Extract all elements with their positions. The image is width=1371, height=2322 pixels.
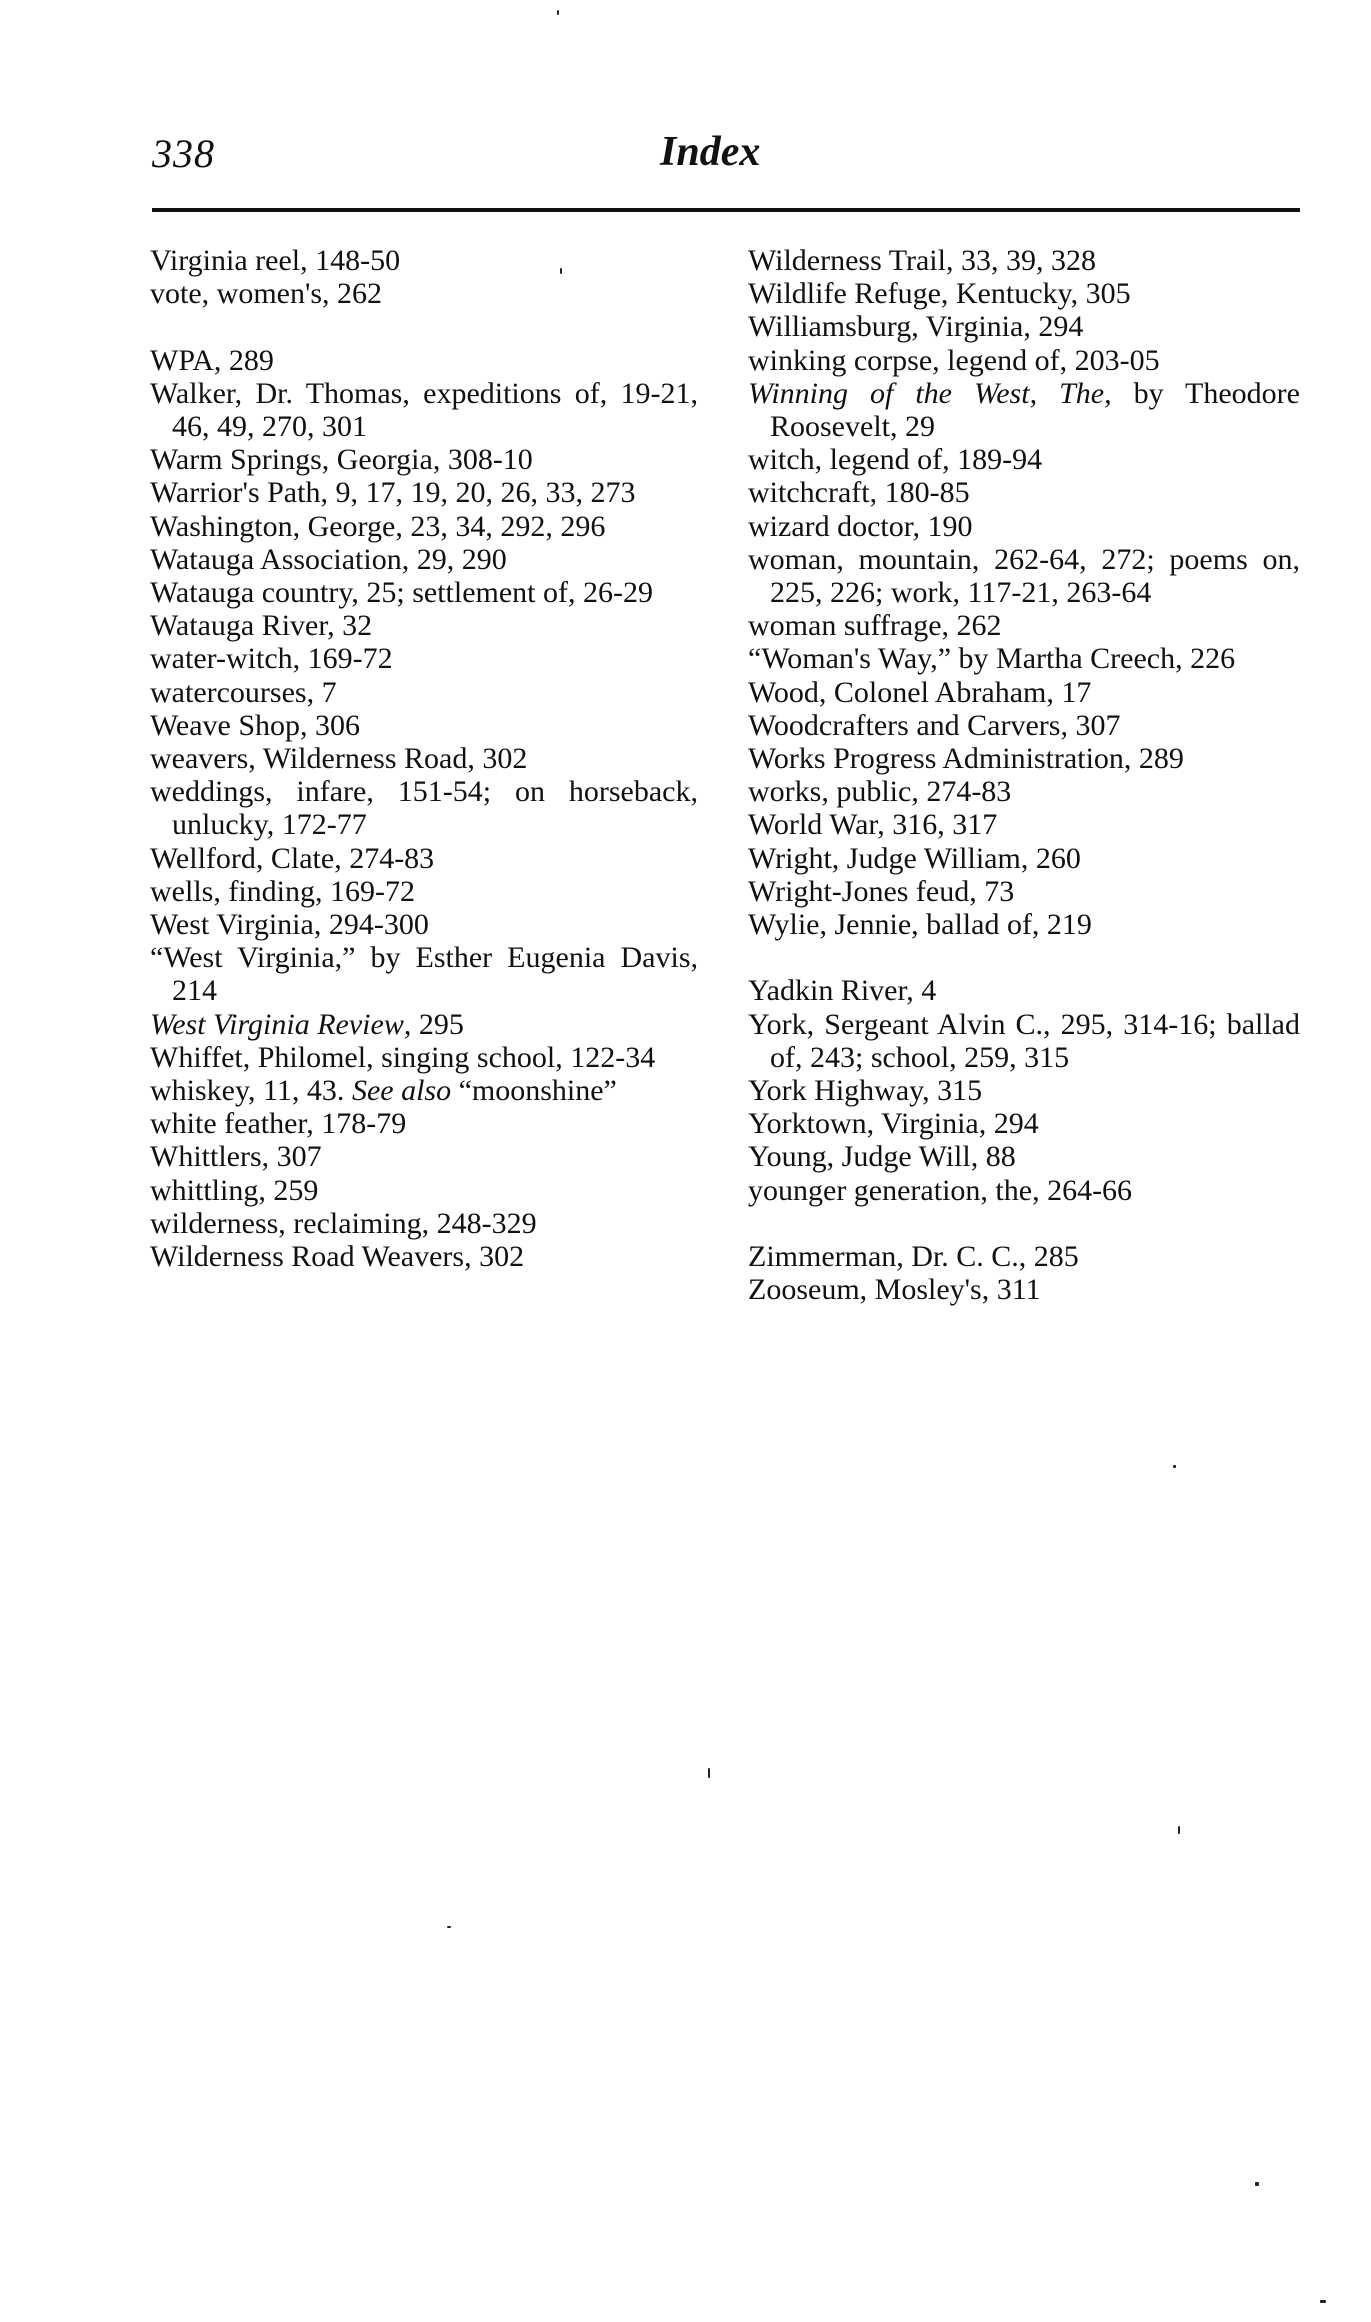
index-entry: Zooseum, Mosley's, 311 (748, 1273, 1300, 1306)
scan-speck (708, 1768, 710, 1778)
index-entry: Wilderness Road Weavers, 302 (150, 1240, 698, 1273)
index-entry-text: “West Virginia,” by Esther Eugenia Davis… (150, 941, 698, 1007)
index-entry-text: Walker, Dr. Thomas, expeditions of, 19-2… (150, 377, 698, 443)
index-entry: Virginia reel, 148-50 (150, 244, 698, 277)
index-entry: weddings, infare, 151-54; on horseback, … (150, 775, 698, 841)
index-entry-text: Woodcrafters and Carvers, 307 (748, 709, 1120, 742)
index-entry: Warm Springs, Georgia, 308-10 (150, 443, 698, 476)
index-entry: Whittlers, 307 (150, 1140, 698, 1173)
scan-speck (1255, 2182, 1259, 2186)
index-entry: whittling, 259 (150, 1174, 698, 1207)
index-entry: Weave Shop, 306 (150, 709, 698, 742)
index-entry-text: Warrior's Path, 9, 17, 19, 20, 26, 33, 2… (150, 476, 635, 509)
index-entry-text: Wood, Colonel Abraham, 17 (748, 676, 1091, 709)
index-entry: Williamsburg, Virginia, 294 (748, 310, 1300, 343)
index-entry-text: Zimmerman, Dr. C. C., 285 (748, 1240, 1079, 1273)
page-number: 338 (152, 130, 215, 177)
index-entry-text: Works Progress Administration, 289 (748, 742, 1184, 775)
index-column-right: Wilderness Trail, 33, 39, 328Wildlife Re… (748, 244, 1300, 1306)
index-column-left: Virginia reel, 148-50vote, women's, 262W… (150, 244, 698, 1273)
index-entry-text: whittling, 259 (150, 1174, 318, 1207)
index-entry: Warrior's Path, 9, 17, 19, 20, 26, 33, 2… (150, 476, 698, 509)
index-entry-text: Wright, Judge William, 260 (748, 842, 1081, 875)
index-entry-text: whiskey, 11, 43. (150, 1074, 352, 1107)
index-entry: woman, mountain, 262-64, 272; poems on, … (748, 543, 1300, 609)
index-entry: York Highway, 315 (748, 1074, 1300, 1107)
index-entry-text: Wildlife Refuge, Kentucky, 305 (748, 277, 1131, 310)
index-entry: younger generation, the, 264-66 (748, 1174, 1300, 1207)
index-entry-text: Whittlers, 307 (150, 1140, 322, 1173)
index-entry-text: white feather, 178-79 (150, 1107, 406, 1140)
index-entry-text: “Woman's Way,” by Martha Creech, 226 (748, 642, 1235, 675)
index-entry-text: World War, 316, 317 (748, 808, 997, 841)
index-entry-text: Whiffet, Philomel, singing school, 122-3… (150, 1041, 655, 1074)
index-entry-text: weavers, Wilderness Road, 302 (150, 742, 527, 775)
page-header: 338 Index (152, 118, 1300, 208)
index-entry: Wright-Jones feud, 73 (748, 875, 1300, 908)
index-entry-text: vote, women's, 262 (150, 277, 382, 310)
index-entry-text: Zooseum, Mosley's, 311 (748, 1273, 1041, 1306)
index-entry: witchcraft, 180-85 (748, 476, 1300, 509)
index-entry: York, Sergeant Alvin C., 295, 314-16; ba… (748, 1008, 1300, 1074)
index-entry-text: water-witch, 169-72 (150, 642, 393, 675)
index-entry-text: woman, mountain, 262-64, 272; poems on, … (748, 543, 1300, 609)
index-entry: Wildlife Refuge, Kentucky, 305 (748, 277, 1300, 310)
index-entry-text: , 295 (404, 1008, 464, 1041)
index-entry-text: Yadkin River, 4 (748, 974, 936, 1007)
index-entry: Watauga country, 25; settlement of, 26-2… (150, 576, 698, 609)
index-entry-text: winking corpse, legend of, 203-05 (748, 344, 1160, 377)
index-entry-text: Watauga country, 25; settlement of, 26-2… (150, 576, 653, 609)
index-entry-text: Williamsburg, Virginia, 294 (748, 310, 1083, 343)
index-entry: West Virginia, 294-300 (150, 908, 698, 941)
index-entry: weavers, Wilderness Road, 302 (150, 742, 698, 775)
index-entry: Wylie, Jennie, ballad of, 219 (748, 908, 1300, 941)
scan-speck (1320, 2300, 1326, 2303)
index-entry: winking corpse, legend of, 203-05 (748, 344, 1300, 377)
index-entry-text: wilderness, reclaiming, 248-329 (150, 1207, 537, 1240)
index-entry-text: watercourses, 7 (150, 676, 337, 709)
index-entry: World War, 316, 317 (748, 808, 1300, 841)
index-entry-text: works, public, 274-83 (748, 775, 1011, 808)
scan-speck (1173, 1465, 1176, 1468)
index-entry-text: wells, finding, 169-72 (150, 875, 415, 908)
index-entry: works, public, 274-83 (748, 775, 1300, 808)
index-entry-text: Wilderness Road Weavers, 302 (150, 1240, 524, 1273)
scan-speck (1178, 1826, 1180, 1834)
index-entry-text: witchcraft, 180-85 (748, 476, 970, 509)
index-entry-text: Warm Springs, Georgia, 308-10 (150, 443, 533, 476)
index-entry-text: woman suffrage, 262 (748, 609, 1002, 642)
index-entry-text: witch, legend of, 189-94 (748, 443, 1042, 476)
index-entry: vote, women's, 262 (150, 277, 698, 310)
index-entry-text: Wellford, Clate, 274-83 (150, 842, 434, 875)
index-entry: white feather, 178-79 (150, 1107, 698, 1140)
header-rule (152, 208, 1300, 212)
index-entry: Young, Judge Will, 88 (748, 1140, 1300, 1173)
index-entry: Walker, Dr. Thomas, expeditions of, 19-2… (150, 377, 698, 443)
index-entry: West Virginia Review, 295 (150, 1008, 698, 1041)
index-entry: watercourses, 7 (150, 676, 698, 709)
letter-group-gap (150, 310, 698, 343)
scan-speck (557, 10, 559, 15)
letter-group-gap (748, 1207, 1300, 1240)
index-entry-text: younger generation, the, 264-66 (748, 1174, 1132, 1207)
index-entry-text: Yorktown, Virginia, 294 (748, 1107, 1039, 1140)
index-entry-text: weddings, infare, 151-54; on horseback, … (150, 775, 698, 841)
index-entry: WPA, 289 (150, 344, 698, 377)
index-entry-text: Watauga Association, 29, 290 (150, 543, 507, 576)
index-entry: wizard doctor, 190 (748, 510, 1300, 543)
index-entry: woman suffrage, 262 (748, 609, 1300, 642)
index-entry: Wood, Colonel Abraham, 17 (748, 676, 1300, 709)
index-entry: “Woman's Way,” by Martha Creech, 226 (748, 642, 1300, 675)
index-entry: Whiffet, Philomel, singing school, 122-3… (150, 1041, 698, 1074)
index-entry: wells, finding, 169-72 (150, 875, 698, 908)
index-entry: Wilderness Trail, 33, 39, 328 (748, 244, 1300, 277)
index-entry: Washington, George, 23, 34, 292, 296 (150, 510, 698, 543)
index-entry: water-witch, 169-72 (150, 642, 698, 675)
index-entry-text: Wilderness Trail, 33, 39, 328 (748, 244, 1096, 277)
index-entry-text: Washington, George, 23, 34, 292, 296 (150, 510, 605, 543)
index-entry: Wright, Judge William, 260 (748, 842, 1300, 875)
index-entry-text: wizard doctor, 190 (748, 510, 973, 543)
index-entry: Watauga Association, 29, 290 (150, 543, 698, 576)
index-entry-text: Weave Shop, 306 (150, 709, 360, 742)
index-entry: “West Virginia,” by Esther Eugenia Davis… (150, 941, 698, 1007)
index-entry: wilderness, reclaiming, 248-329 (150, 1207, 698, 1240)
running-head: Index (660, 128, 760, 176)
letter-group-gap (748, 941, 1300, 974)
index-entry-text: Wylie, Jennie, ballad of, 219 (748, 908, 1092, 941)
index-entry-italic: See also (352, 1074, 451, 1107)
scan-speck (447, 1926, 451, 1928)
index-entry: Zimmerman, Dr. C. C., 285 (748, 1240, 1300, 1273)
index-entry: Watauga River, 32 (150, 609, 698, 642)
index-entry: Works Progress Administration, 289 (748, 742, 1300, 775)
index-entry-text: West Virginia, 294-300 (150, 908, 429, 941)
index-entry-text: York, Sergeant Alvin C., 295, 314-16; ba… (748, 1008, 1300, 1074)
index-entry: Winning of the West, The, by Theodore Ro… (748, 377, 1300, 443)
index-entry: witch, legend of, 189-94 (748, 443, 1300, 476)
index-entry-text: “moonshine” (451, 1074, 617, 1107)
index-entry-italic: West Virginia Review (150, 1008, 404, 1041)
index-entry: Yadkin River, 4 (748, 974, 1300, 1007)
index-entry-text: WPA, 289 (150, 344, 274, 377)
index-entry-text: Watauga River, 32 (150, 609, 372, 642)
index-entry: Yorktown, Virginia, 294 (748, 1107, 1300, 1140)
index-entry: whiskey, 11, 43. See also “moonshine” (150, 1074, 698, 1107)
index-entry-italic: Winning of the West, The, (748, 377, 1112, 410)
scan-speck (560, 268, 562, 274)
index-entry-text: Young, Judge Will, 88 (748, 1140, 1016, 1173)
index-entry-text: Virginia reel, 148-50 (150, 244, 400, 277)
index-entry-text: Wright-Jones feud, 73 (748, 875, 1014, 908)
index-entry: Woodcrafters and Carvers, 307 (748, 709, 1300, 742)
index-entry-text: York Highway, 315 (748, 1074, 982, 1107)
index-entry: Wellford, Clate, 274-83 (150, 842, 698, 875)
